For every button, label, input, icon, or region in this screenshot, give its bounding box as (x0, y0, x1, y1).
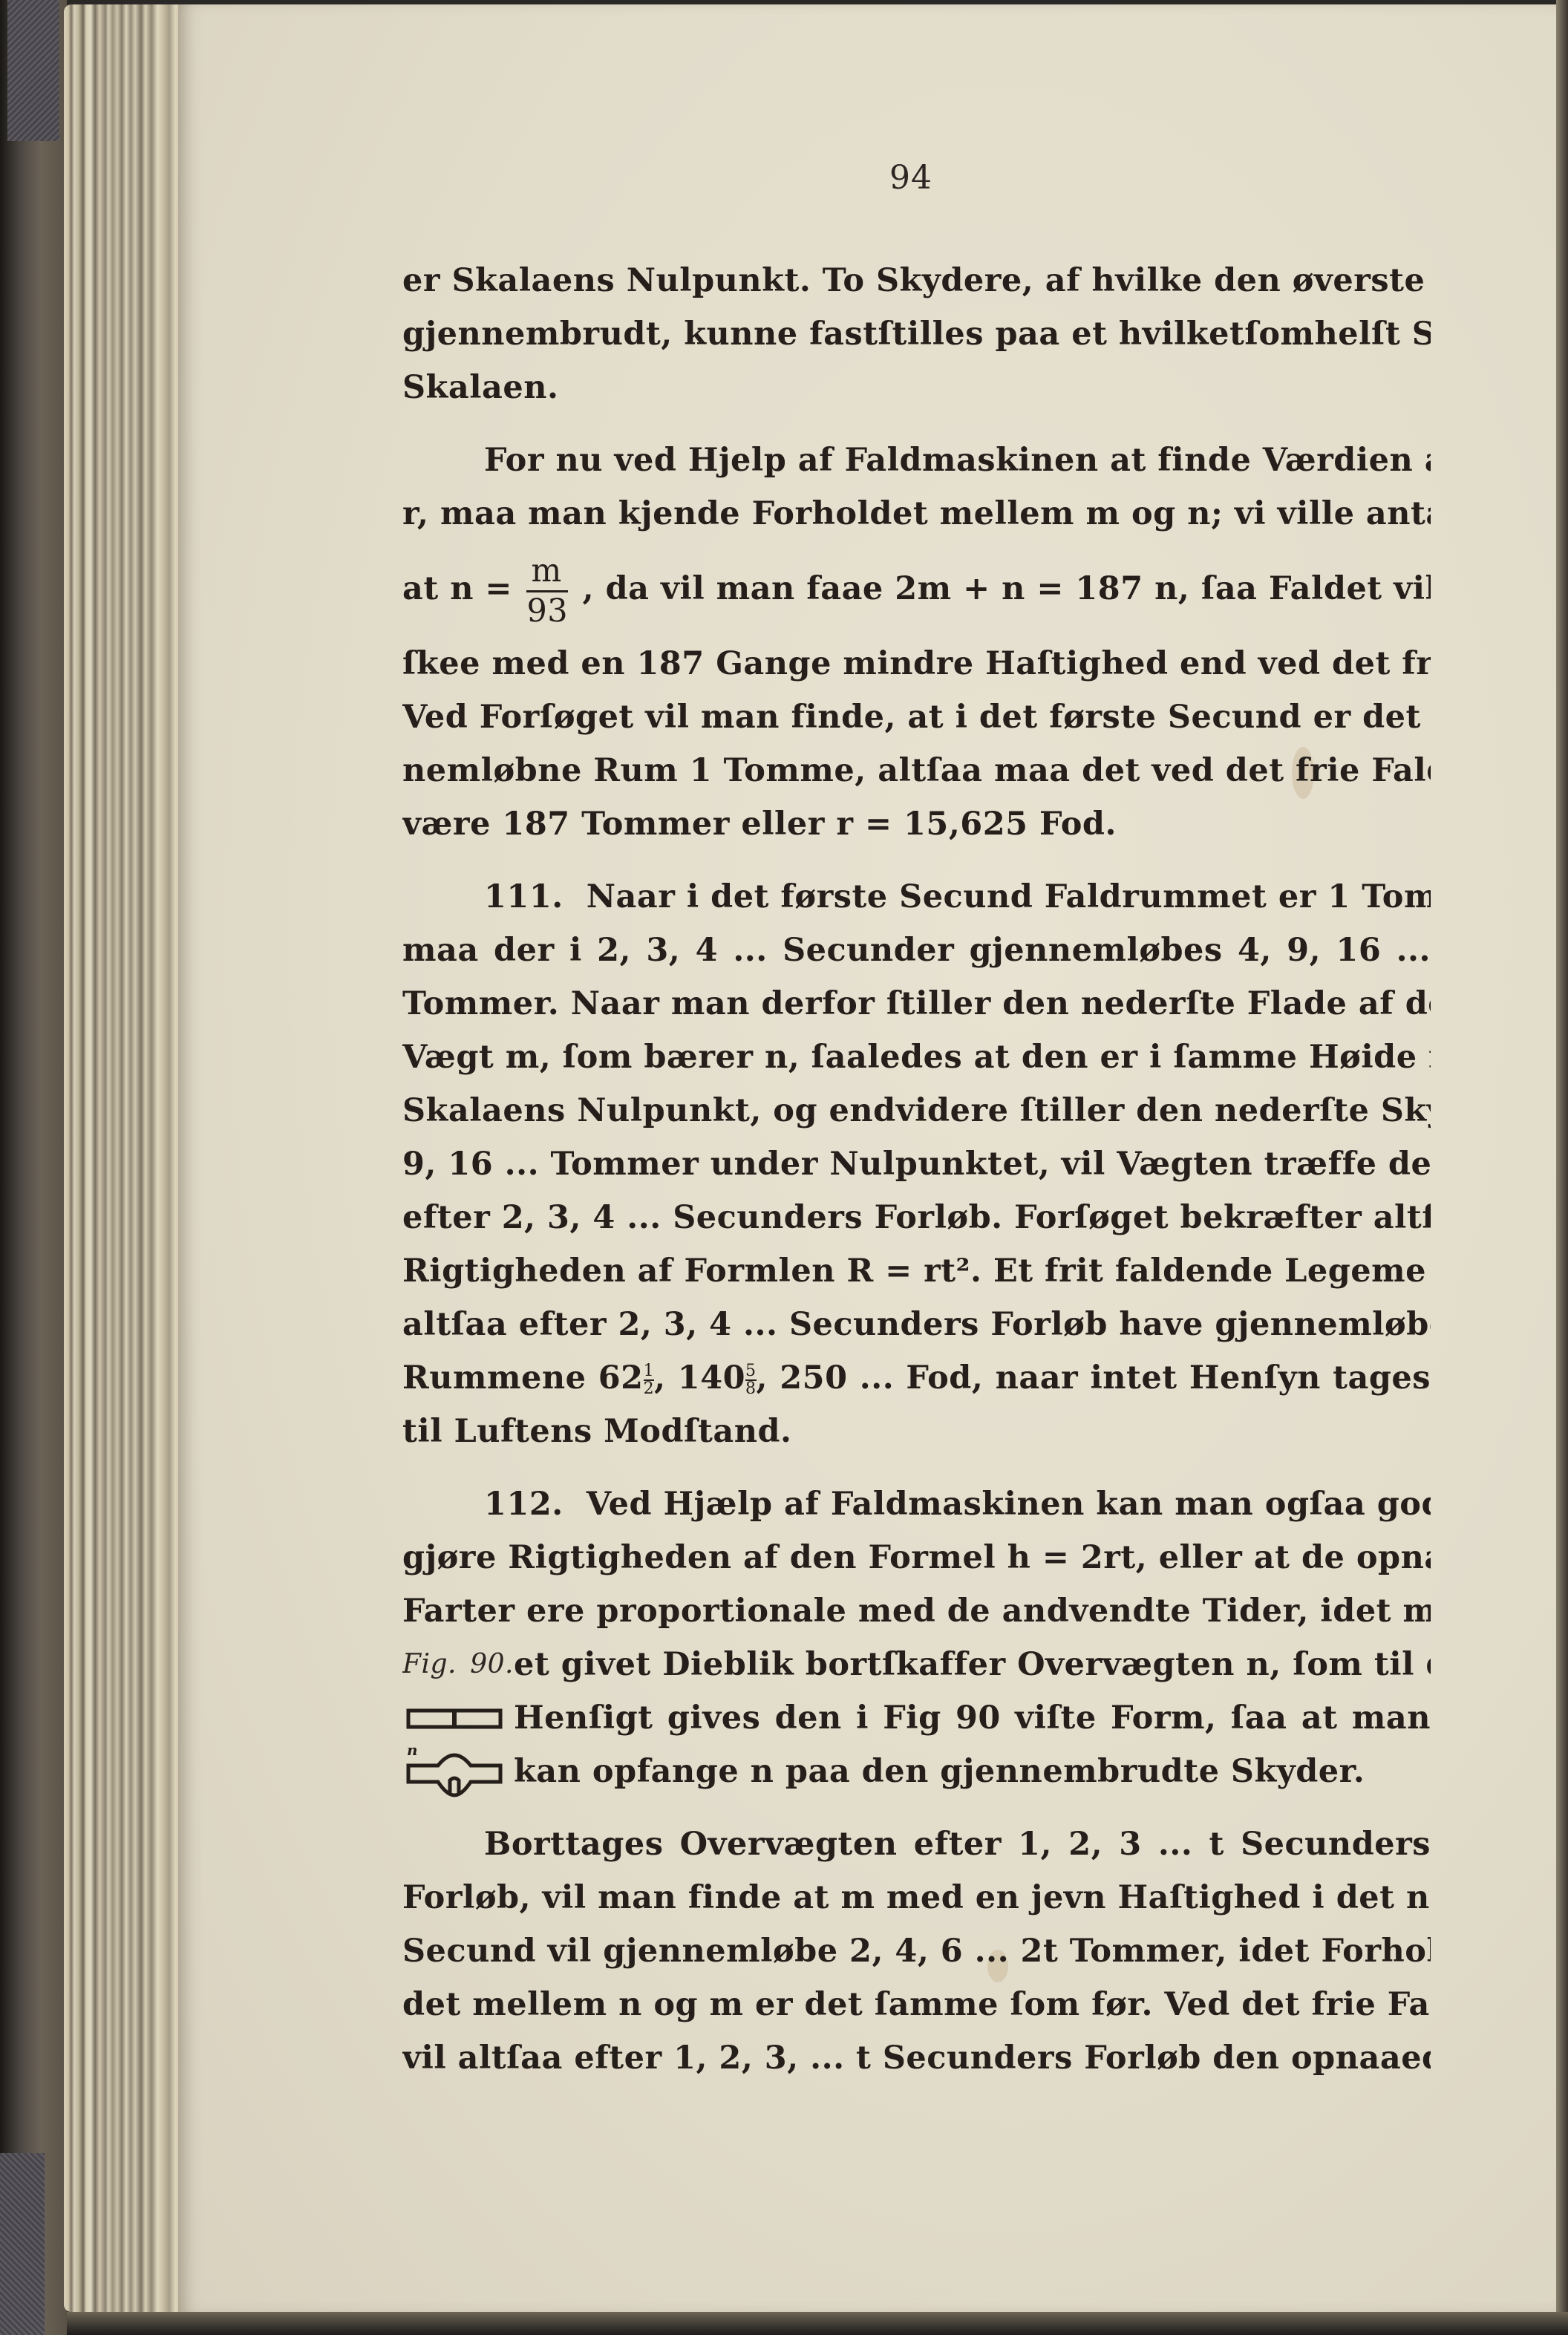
fraction-denominator: 2 (644, 1381, 655, 1397)
formula-suffix: , da vil man faae 2m + n = 187 n, ſaa Fa… (583, 570, 1431, 607)
text-line: Tommer. Naar man derfor ſtiller den nede… (402, 977, 1431, 1031)
text-line: ſkee med en 187 Gange mindre Haſtighed e… (402, 637, 1431, 690)
fraction-one-half: 12 (644, 1363, 655, 1397)
text-span: Henſigt gives den i Fig 90 viſte Form, ſ… (514, 1691, 1431, 1745)
paragraph-borttages: Borttages Overvægten efter 1, 2, 3 ... t… (402, 1818, 1431, 2085)
text-line: Forløb, vil man finde at m med en jevn H… (402, 1871, 1431, 1924)
section-number: 111. (484, 878, 563, 915)
fraction-text-line: Rummene 6212, 14058, 250 ... Fod, naar i… (402, 1351, 1431, 1405)
book-bottom-edge (67, 2312, 1568, 2335)
svg-text:n: n (407, 1745, 418, 1759)
page-stack-edges (64, 4, 183, 2312)
text-line: Borttages Overvægten efter 1, 2, 3 ... t… (402, 1818, 1431, 1871)
text-line: maa der i 2, 3, 4 ... Secunder gjennemlø… (402, 924, 1431, 977)
book-cover (0, 0, 67, 2335)
text-line: gjennembrudt, kunne fastſtilles paa et h… (402, 307, 1431, 361)
figure-line: Henſigt gives den i Fig 90 viſte Form, ſ… (402, 1691, 1431, 1745)
text-line: 9, 16 ... Tommer under Nulpunktet, vil V… (402, 1137, 1431, 1191)
paragraph-111: 111. Naar i det første Secund Faldrummet… (402, 870, 1431, 1458)
section-number: 112. (484, 1486, 563, 1523)
right-page-edge (1556, 0, 1568, 2335)
fraction-numerator: 5 (745, 1363, 757, 1381)
fraction-numerator: 1 (644, 1363, 655, 1381)
text-line: Farter ere proportionale med de andvendt… (402, 1584, 1431, 1638)
fraction-denominator: 93 (526, 592, 568, 627)
text-line: Skalaen. (402, 361, 1431, 414)
cover-cloth-bottom (0, 2153, 45, 2335)
text-line: til Luftens Modſtand. (402, 1405, 1431, 1458)
fraction-numerator: m (526, 555, 568, 592)
paragraph-continued: er Skalaens Nulpunkt. To Skydere, af hvi… (402, 254, 1431, 414)
text-line: det mellem n og m er det ſamme ſom før. … (402, 1978, 1431, 2031)
text-span: , 140 (654, 1359, 745, 1397)
text-line: efter 2, 3, 4 ... Secunders Forløb. Forſ… (402, 1191, 1431, 1244)
paragraph-112: 112. Ved Hjælp af Faldmaskinen kan man o… (402, 1477, 1431, 1798)
text-line: For nu ved Hjelp af Faldmaskinen at find… (402, 434, 1431, 487)
fraction-m-over-93: m 93 (526, 555, 568, 627)
text-line: gjøre Rigtigheden af den Formel h = 2rt,… (402, 1531, 1431, 1584)
formula-line: at n = m 93 , da vil man faae 2m + n = 1… (402, 541, 1431, 637)
text-line: Skalaens Nulpunkt, og endvidere ſtiller … (402, 1084, 1431, 1137)
text-line: altſaa efter 2, 3, 4 ... Secunders Forlø… (402, 1298, 1431, 1351)
figure-90-slotted-slider-icon (402, 1691, 514, 1745)
text-span: , 250 ... Fod, naar intet Henſyn tages (757, 1359, 1431, 1397)
figure-90-overweight-n-icon: n (402, 1745, 514, 1798)
text-line: 112. Ved Hjælp af Faldmaskinen kan man o… (402, 1477, 1431, 1531)
page-number: 94 (889, 159, 932, 197)
text-line: vil altſaa efter 1, 2, 3, ... t Secunder… (402, 2031, 1431, 2085)
paragraph-faldmaskine: For nu ved Hjelp af Faldmaskinen at find… (402, 434, 1431, 851)
figure-line: n kan opfange n paa den gjennembrudte Sk… (402, 1745, 1431, 1798)
text-span: Rummene 62 (402, 1359, 644, 1397)
fraction-denominator: 8 (745, 1381, 757, 1397)
text-span: Ved Hjælp af Faldmaskinen kan man ogſaa … (587, 1486, 1431, 1523)
text-line: 111. Naar i det første Secund Faldrummet… (402, 870, 1431, 924)
page-body: er Skalaens Nulpunkt. To Skydere, af hvi… (402, 254, 1431, 2085)
text-span: Naar i det første Secund Faldrummet er 1… (587, 878, 1431, 915)
text-span: kan opfange n paa den gjennembrudte Skyd… (514, 1745, 1431, 1798)
formula-prefix: at n = (402, 570, 512, 607)
text-span: et givet Dieblik bortſkaffer Overvægten … (514, 1638, 1431, 1691)
figure-label: Fig. 90. (402, 1638, 514, 1691)
text-line: er Skalaens Nulpunkt. To Skydere, af hvi… (402, 254, 1431, 307)
figure-line: Fig. 90. et givet Dieblik bortſkaffer Ov… (402, 1638, 1431, 1691)
text-line: Ved Forſøget vil man finde, at i det før… (402, 690, 1431, 744)
text-line: r, maa man kjende Forholdet mellem m og … (402, 487, 1431, 541)
text-line: være 187 Tommer eller r = 15,625 Fod. (402, 797, 1431, 851)
text-line: Secund vil gjennemløbe 2, 4, 6 ... 2t To… (402, 1924, 1431, 1978)
text-line: nemløbne Rum 1 Tomme, altſaa maa det ved… (402, 744, 1431, 797)
cover-cloth-top (7, 0, 59, 141)
text-line: Vægt m, ſom bærer n, ſaaledes at den er … (402, 1031, 1431, 1084)
fraction-five-eighths: 58 (745, 1363, 757, 1397)
text-line: Rigtigheden af Formlen R = rt². Et frit … (402, 1244, 1431, 1298)
